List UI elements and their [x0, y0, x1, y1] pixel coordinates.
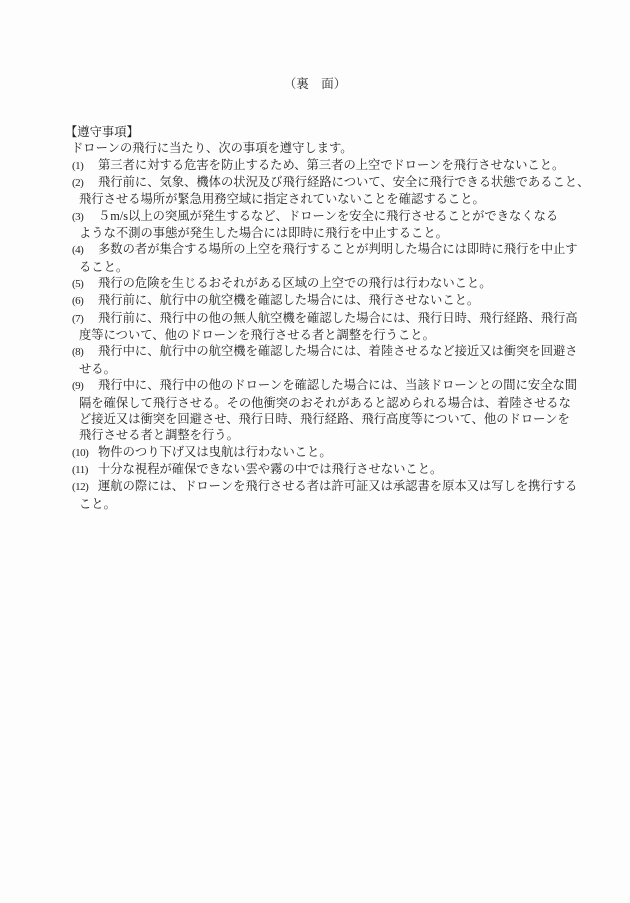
list-item: (7)飛行前に、飛行中の他の無人航空機を確認した場合には、飛行日時、飛行経路、飛… — [65, 310, 567, 344]
item-text-continued: 飛行させる場所が緊急用務空域に指定されていないことを確認すること。 — [65, 191, 567, 207]
item-text-continued: こと。 — [65, 496, 567, 512]
document-body: 【遵守事項】 ドローンの飛行に当たり、次の事項を遵守します。 (1)第三者に対す… — [65, 124, 567, 512]
item-text: 飛行前に、気象、機体の状況及び飛行経路について、安全に飛行できる状態であること、 — [98, 175, 589, 189]
compliance-items-list: (1)第三者に対する危害を防止するため、第三者の上空でドローンを飛行させないこと… — [65, 157, 567, 512]
document-page: （裏 面） 【遵守事項】 ドローンの飛行に当たり、次の事項を遵守します。 (1)… — [0, 0, 630, 903]
page-side-label: （裏 面） — [0, 76, 630, 92]
list-item: (4)多数の者が集合する場所の上空を飛行することが判明した場合には即時に飛行を中… — [65, 241, 567, 275]
item-number: (5) — [72, 276, 98, 292]
item-number: (3) — [72, 209, 98, 225]
item-text: 飛行前に、航行中の航空機を確認した場合には、飛行させないこと。 — [98, 293, 479, 307]
item-text: 物件のつり下げ又は曳航は行わないこと。 — [98, 445, 332, 459]
item-text: 飛行中に、航行中の航空機を確認した場合には、着陸させるなど接近又は衝突を回避さ — [98, 344, 578, 358]
item-text: 飛行中に、飛行中の他のドローンを確認した場合には、当該ドローンとの間に安全な間 — [98, 378, 577, 392]
item-first-line: (5)飛行の危険を生じるおそれがある区域の上空での飛行は行わないこと。 — [65, 275, 567, 292]
item-number: (4) — [72, 242, 98, 258]
list-item: (11)十分な視程が確保できない雲や霧の中では飛行させないこと。 — [65, 461, 567, 478]
item-text: 運航の際には、ドローンを飛行させる者は許可証又は承認書を原本又は写しを携行する — [98, 479, 577, 493]
item-text: 飛行前に、飛行中の他の無人航空機を確認した場合には、飛行日時、飛行経路、飛行高 — [98, 311, 578, 325]
list-item: (3)５m/s以上の突風が発生するなど、ドローンを安全に飛行させることができなく… — [65, 208, 567, 242]
section-title: 【遵守事項】 — [65, 124, 567, 140]
item-text-continued: ること。 — [65, 259, 567, 275]
item-number: (10) — [72, 445, 98, 461]
list-item: (8)飛行中に、航行中の航空機を確認した場合には、着陸させるなど接近又は衝突を回… — [65, 343, 567, 377]
item-number: (11) — [72, 462, 98, 478]
item-text-continued: ような不測の事態が発生した場合には即時に飛行を中止すること。 — [65, 225, 567, 241]
item-first-line: (8)飛行中に、航行中の航空機を確認した場合には、着陸させるなど接近又は衝突を回… — [65, 343, 567, 360]
list-item: (12)運航の際には、ドローンを飛行させる者は許可証又は承認書を原本又は写しを携… — [65, 478, 567, 512]
item-number: (2) — [72, 175, 98, 191]
item-first-line: (6)飛行前に、航行中の航空機を確認した場合には、飛行させないこと。 — [65, 292, 567, 309]
item-first-line: (3)５m/s以上の突風が発生するなど、ドローンを安全に飛行させることができなく… — [65, 208, 567, 225]
item-number: (6) — [72, 293, 98, 309]
item-number: (1) — [72, 158, 98, 174]
list-item: (10)物件のつり下げ又は曳航は行わないこと。 — [65, 444, 567, 461]
item-text: 十分な視程が確保できない雲や霧の中では飛行させないこと。 — [98, 462, 442, 476]
item-number: (7) — [72, 311, 98, 327]
item-first-line: (12)運航の際には、ドローンを飛行させる者は許可証又は承認書を原本又は写しを携… — [65, 478, 567, 495]
item-text-continued: 度等について、他のドローンを飛行させる者と調整を行うこと。 — [65, 327, 567, 343]
item-text-continued: ど接近又は衝突を回避させ、飛行日時、飛行経路、飛行高度等について、他のドローンを — [65, 411, 567, 427]
list-item: (2)飛行前に、気象、機体の状況及び飛行経路について、安全に飛行できる状態である… — [65, 174, 567, 208]
item-text: 飛行の危険を生じるおそれがある区域の上空での飛行は行わないこと。 — [98, 276, 492, 290]
list-item: (6)飛行前に、航行中の航空機を確認した場合には、飛行させないこと。 — [65, 292, 567, 309]
item-text-continued: 隔を確保して飛行させる。その他衝突のおそれがあると認められる場合は、着陸させるな — [65, 395, 567, 411]
item-first-line: (2)飛行前に、気象、機体の状況及び飛行経路について、安全に飛行できる状態である… — [65, 174, 567, 191]
item-first-line: (9)飛行中に、飛行中の他のドローンを確認した場合には、当該ドローンとの間に安全… — [65, 377, 567, 394]
list-item: (9)飛行中に、飛行中の他のドローンを確認した場合には、当該ドローンとの間に安全… — [65, 377, 567, 443]
item-first-line: (4)多数の者が集合する場所の上空を飛行することが判明した場合には即時に飛行を中… — [65, 241, 567, 258]
item-number: (8) — [72, 344, 98, 360]
item-first-line: (10)物件のつり下げ又は曳航は行わないこと。 — [65, 444, 567, 461]
item-text: ５m/s以上の突風が発生するなど、ドローンを安全に飛行させることができなくなる — [98, 209, 558, 223]
item-text-continued: 飛行させる者と調整を行う。 — [65, 427, 567, 443]
intro-text: ドローンの飛行に当たり、次の事項を遵守します。 — [65, 140, 567, 156]
item-first-line: (11)十分な視程が確保できない雲や霧の中では飛行させないこと。 — [65, 461, 567, 478]
item-number: (12) — [72, 479, 98, 495]
item-first-line: (7)飛行前に、飛行中の他の無人航空機を確認した場合には、飛行日時、飛行経路、飛… — [65, 310, 567, 327]
item-number: (9) — [72, 378, 98, 394]
item-text-continued: せる。 — [65, 361, 567, 377]
list-item: (1)第三者に対する危害を防止するため、第三者の上空でドローンを飛行させないこと… — [65, 157, 567, 174]
item-text: 多数の者が集合する場所の上空を飛行することが判明した場合には即時に飛行を中止す — [98, 242, 578, 256]
item-text: 第三者に対する危害を防止するため、第三者の上空でドローンを飛行させないこと。 — [98, 158, 564, 172]
item-first-line: (1)第三者に対する危害を防止するため、第三者の上空でドローンを飛行させないこと… — [65, 157, 567, 174]
list-item: (5)飛行の危険を生じるおそれがある区域の上空での飛行は行わないこと。 — [65, 275, 567, 292]
